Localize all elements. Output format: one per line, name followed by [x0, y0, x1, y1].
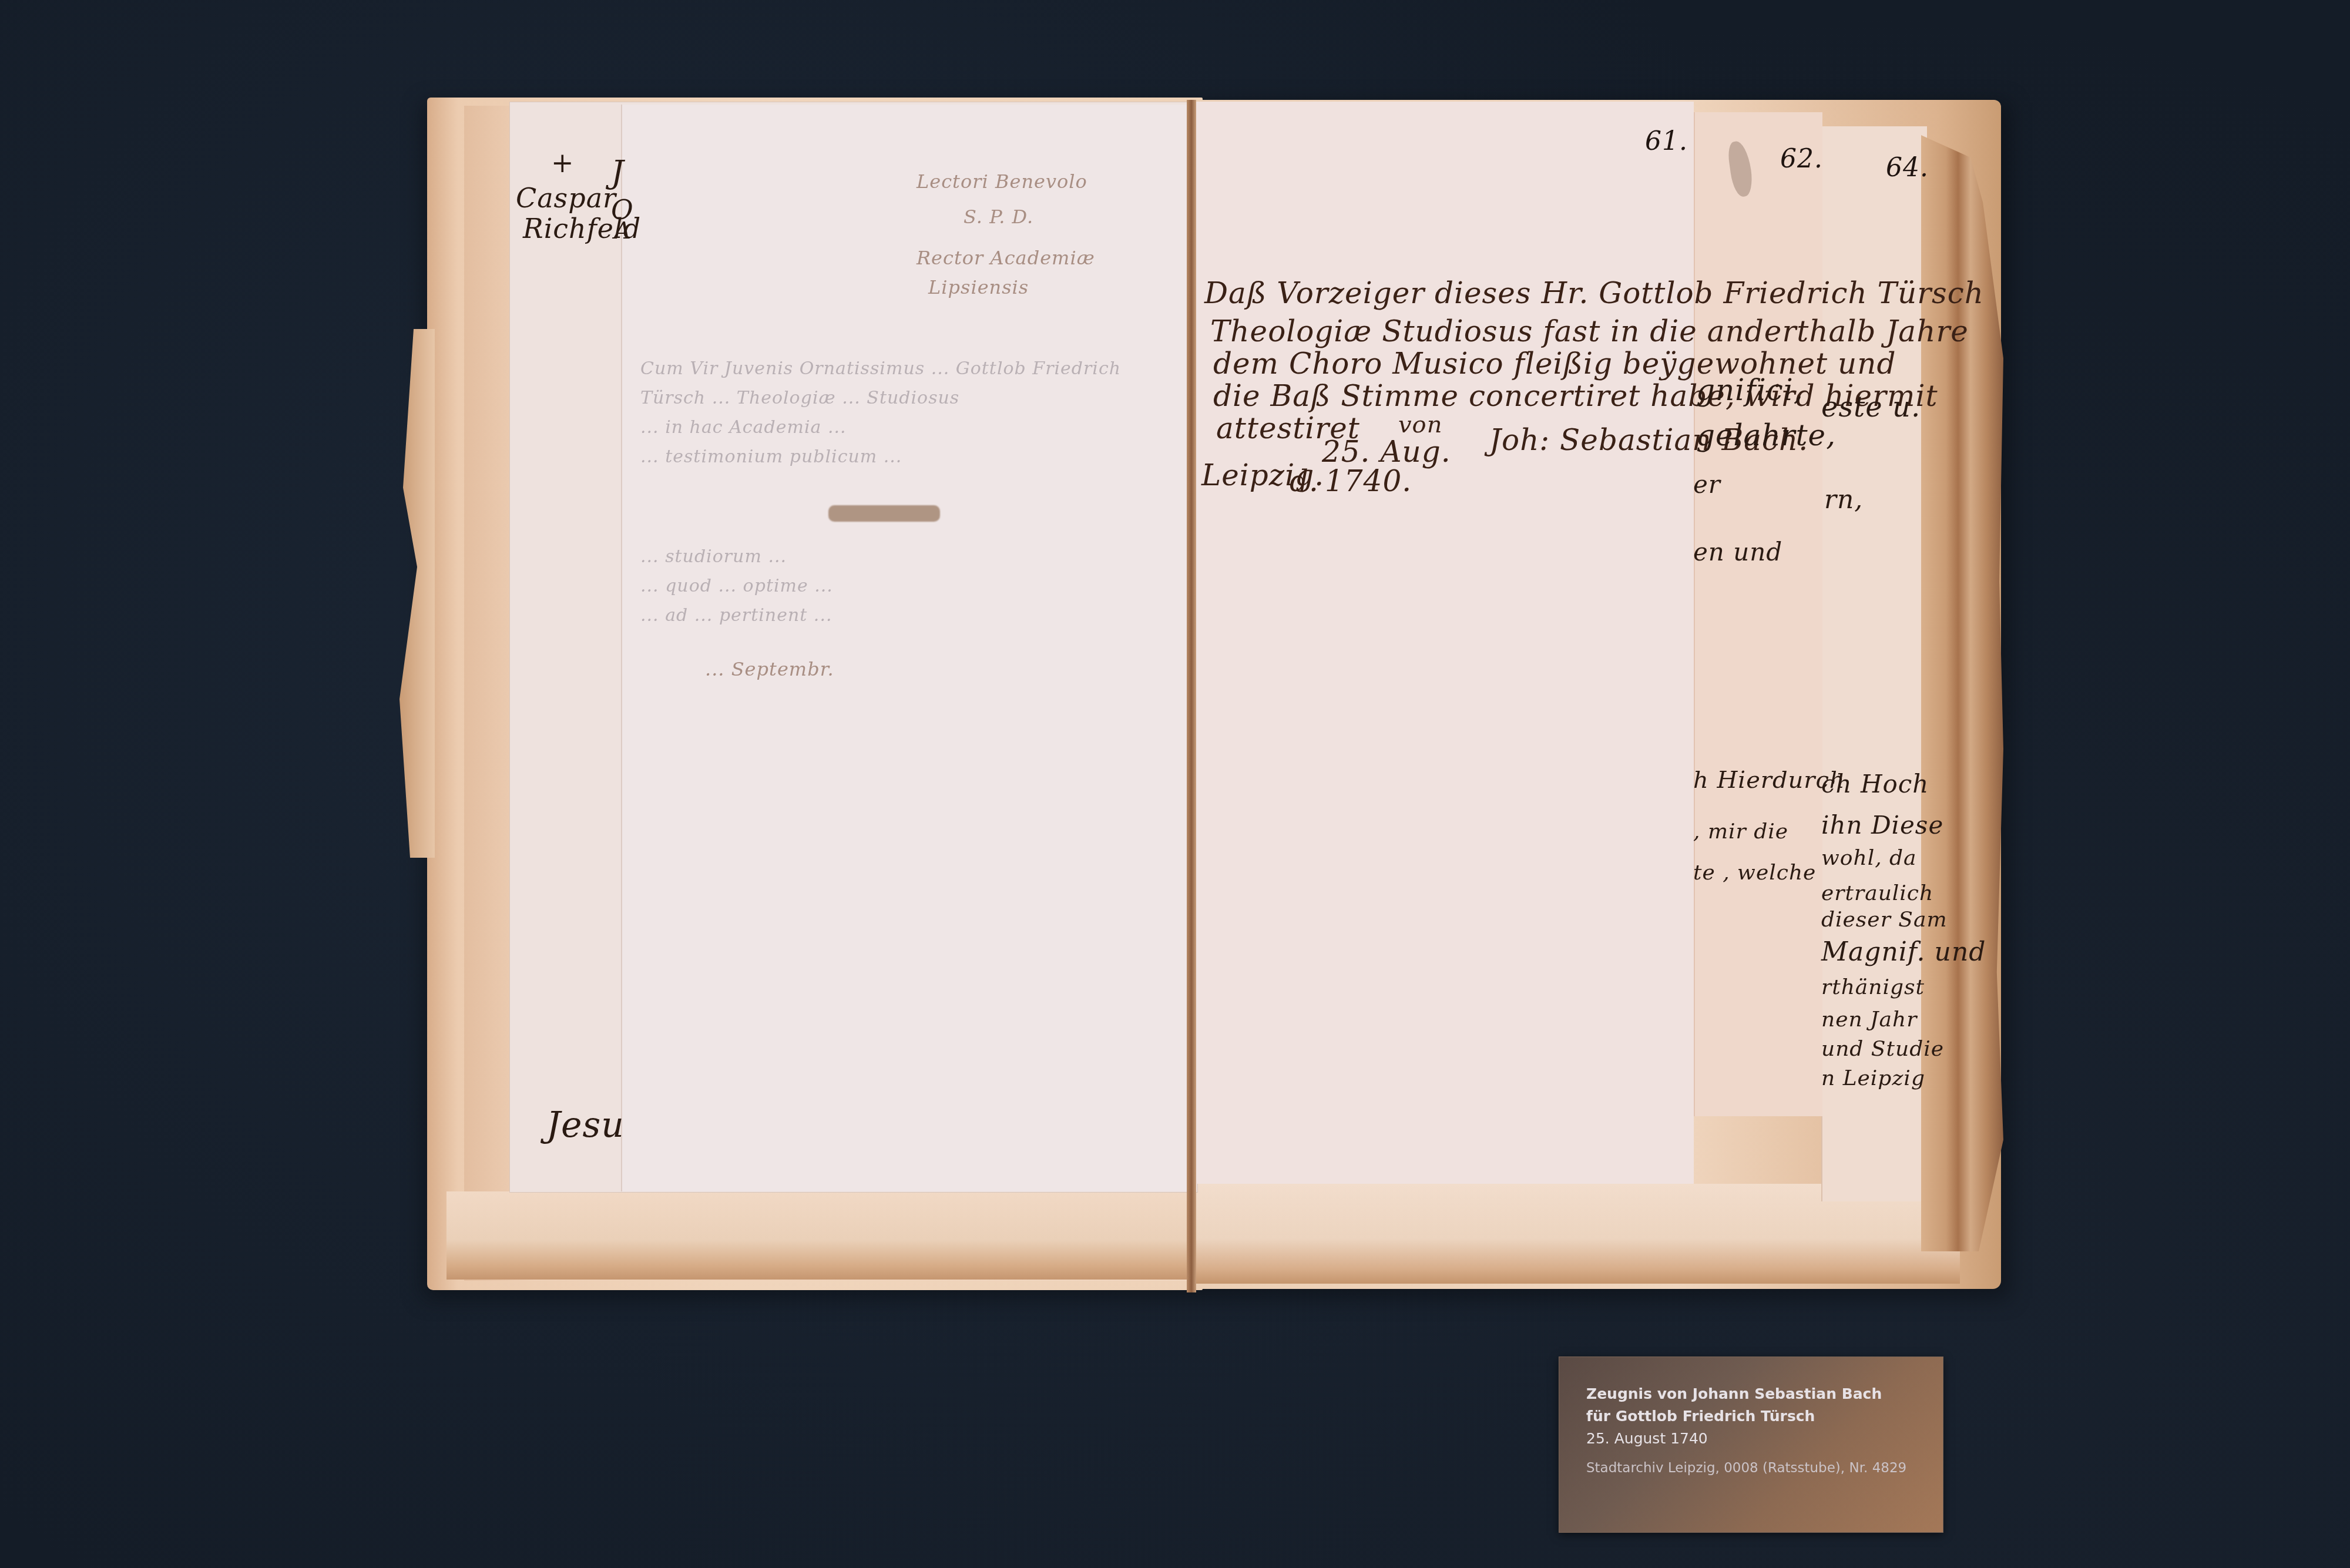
- far-fragment: ch Hoch: [1821, 770, 1929, 798]
- far-fragment: dieser Sam: [1821, 908, 1948, 932]
- exhibit-label: Zeugnis von Johann Sebastian Bach für Go…: [1559, 1357, 1943, 1533]
- faded-heading: S. P. D.: [963, 206, 1033, 228]
- middle-right-slip: [1694, 112, 1822, 1116]
- slip-fragment: te , welche: [1693, 861, 1816, 885]
- slip-fragment: en und: [1693, 538, 1782, 566]
- fragment-letter: J: [611, 154, 625, 191]
- faded-body-line: ... in hac Academia ...: [640, 417, 847, 438]
- faded-body-line: ... quod ... optime ...: [640, 576, 833, 596]
- far-fragment: rthänigst: [1821, 975, 1925, 999]
- margin-name-line1: Caspar: [516, 182, 616, 214]
- far-fragment: Magnif. und: [1821, 937, 1986, 967]
- label-title-line2: für Gottlob Friedrich Türsch: [1586, 1408, 1815, 1425]
- certificate-line-2: Theologiæ Studiosus fast in die andertha…: [1210, 314, 1969, 348]
- slip-fragment: er: [1693, 470, 1721, 499]
- faded-body-line: ... testimonium publicum ...: [640, 446, 902, 467]
- left-bottom-edge: [446, 1191, 1191, 1280]
- slip-fragment: gelahrte,: [1696, 418, 1836, 452]
- fragment-letter: A: [614, 217, 632, 244]
- faded-body-line: Türsch ... Theologiæ ... Studiosus: [640, 388, 959, 408]
- far-fragment: este u.: [1821, 391, 1921, 424]
- faded-signature: ... Septembr.: [705, 658, 834, 680]
- margin-cross: +: [551, 147, 575, 179]
- left-inner-leaf: [622, 105, 1191, 1191]
- book-spine: [1187, 100, 1196, 1292]
- faded-heading: Lectori Benevolo: [916, 170, 1087, 193]
- label-date: 25. August 1740: [1586, 1430, 1708, 1447]
- certificate-line-1: Daß Vorzeiger dieses Hr. Gottlob Friedri…: [1204, 276, 1984, 310]
- label-source: Stadtarchiv Leipzig, 0008 (Ratsstube), N…: [1586, 1460, 1906, 1476]
- faded-body-line: ... ad ... pertinent ...: [640, 605, 832, 626]
- page-number-61: 61.: [1645, 126, 1688, 156]
- faded-body-line: Cum Vir Juvenis Ornatissimus ... Gottlob…: [640, 358, 1121, 379]
- slip-fragment: gnifici,: [1696, 373, 1804, 407]
- faded-body-line: ... studiorum ...: [640, 546, 787, 567]
- slip-fragment: , mir die: [1693, 820, 1788, 844]
- far-fragment: nen Jahr: [1821, 1008, 1917, 1032]
- certificate-year: 1740.: [1325, 464, 1412, 498]
- page-number-62: 62.: [1780, 144, 1823, 174]
- far-fragment: rn,: [1824, 485, 1863, 515]
- label-title-line1: Zeugnis von Johann Sebastian Bach: [1586, 1385, 1882, 1402]
- faded-heading: Lipsiensis: [928, 276, 1029, 298]
- far-fragment: ihn Diese: [1821, 811, 1943, 840]
- faded-heading: Rector Academiæ: [916, 247, 1095, 269]
- ink-smudge: [828, 505, 940, 522]
- far-fragment: wohl, da: [1821, 846, 1917, 870]
- certificate-date-d: d.: [1290, 464, 1319, 498]
- page-number-64: 64.: [1886, 153, 1929, 183]
- far-fragment: ertraulich: [1821, 881, 1933, 905]
- certificate-leaf: [1196, 102, 1694, 1184]
- far-fragment: und Studie: [1821, 1037, 1944, 1061]
- left-torn-edge: [399, 329, 435, 858]
- bottom-word: Jesu: [546, 1104, 625, 1146]
- far-fragment: n Leipzig: [1821, 1066, 1925, 1090]
